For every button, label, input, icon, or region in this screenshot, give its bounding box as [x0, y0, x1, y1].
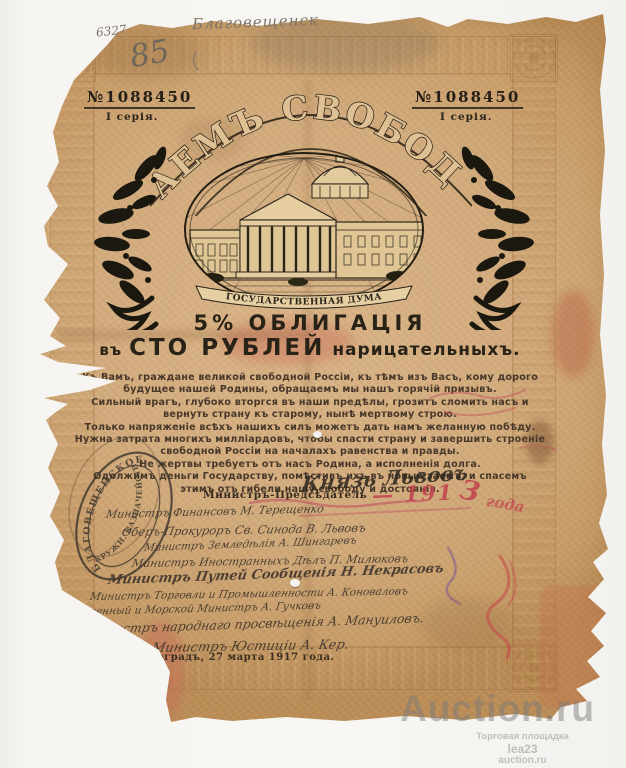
- scan-background: №1088450 I серія. №1088450 I серія. ЗАЕМ…: [0, 0, 626, 768]
- watermark-line3: auction.ru: [430, 755, 615, 767]
- border-corner-rosette: [48, 644, 96, 692]
- bond-document: №1088450 I серія. №1088450 I серія. ЗАЕМ…: [0, 0, 626, 768]
- edge-aging: [0, 0, 626, 768]
- pencil-big-number: 85: [127, 33, 172, 75]
- watermark-brand: Auction.ru: [400, 688, 626, 730]
- watermark-sub: Торговая площадка lea23 auction.ru: [430, 731, 615, 767]
- watermark-line2: lea23: [430, 743, 615, 755]
